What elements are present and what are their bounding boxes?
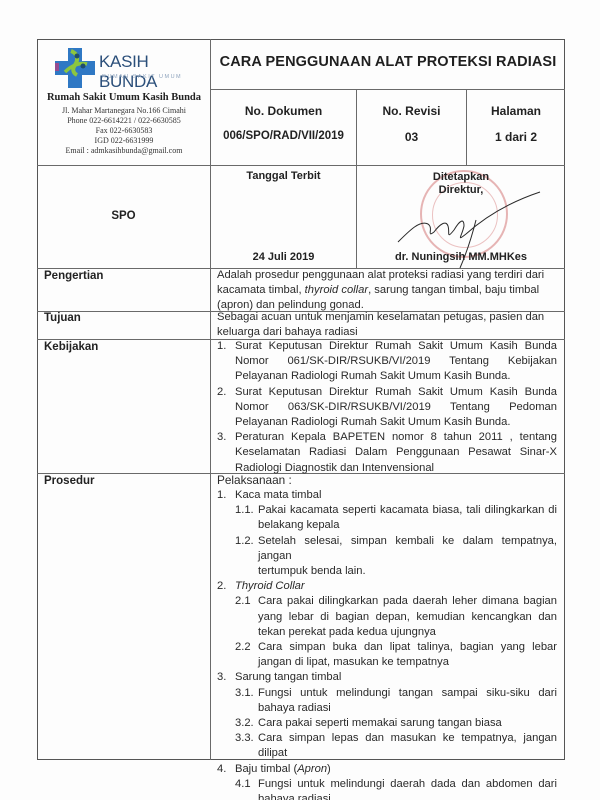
title-text: Kaca mata timbal xyxy=(235,489,321,501)
medical-cross-icon xyxy=(53,46,97,90)
subitem-line: Setelah selesai, simpan kembali ke dalam… xyxy=(258,534,557,564)
subitem-line: bahaya radiasi xyxy=(258,792,557,800)
logo-subtitle: RUMAH SAKIT UMUM xyxy=(102,74,182,80)
item-line: Peraturan Kepala BAPETEN nomor 8 tahun 2… xyxy=(235,430,557,445)
subitem-line: tekan perekat pada kedua ujungnya xyxy=(258,625,557,640)
title-italic: Apron xyxy=(297,763,327,775)
item-title: Baju timbal (Apron) xyxy=(235,762,557,777)
prosedur-label: Prosedur xyxy=(44,475,95,487)
logo-name: KASIH BUNDA xyxy=(99,52,203,92)
no-dokumen-label: No. Dokumen xyxy=(211,104,356,118)
subitem-line: Fungsi untuk melindungi tangan sampai si… xyxy=(258,686,557,701)
pengertian-text: Adalah prosedur penggunaan alat proteksi… xyxy=(217,268,557,314)
document-title: CARA PENGGUNAAN ALAT PROTEKSI RADIASI xyxy=(212,54,564,70)
item-number: 2. xyxy=(217,385,226,400)
halaman-label: Halaman xyxy=(467,104,565,118)
tanggal-terbit-label: Tanggal Terbit xyxy=(211,170,356,182)
prosedur-subitem: 4.1Fungsi untuk melindungi daerah dada d… xyxy=(235,777,557,800)
direktur-label: Direktur, xyxy=(357,184,565,196)
subitem-line: Cara simpan buka dan lipat talinya, bagi… xyxy=(258,640,557,655)
prosedur-item: 2.Thyroid Collar2.1Cara pakai dilingkark… xyxy=(217,579,557,670)
subitem-line: dilipat xyxy=(258,746,557,761)
subitem-line: yang lebar di bagian depan, kemudian ken… xyxy=(258,610,557,625)
item-title: Thyroid Collar xyxy=(235,579,557,594)
prosedur-subitem: 3.2.Cara pakai seperti memakai sarung ta… xyxy=(235,716,557,731)
subitem-line: Fungsi untuk melindungi daerah dada dan … xyxy=(258,777,557,792)
no-revisi-label: No. Revisi xyxy=(357,104,466,118)
item-line: Keselamatan Radiasi Dalam Penggunaan Pes… xyxy=(235,445,557,460)
prosedur-item: 1.Kaca mata timbal1.1.Pakai kacamata sep… xyxy=(217,488,557,579)
kebijakan-list: 1.Surat Keputusan Direktur Rumah Sakit U… xyxy=(217,339,557,476)
item-title: Kaca mata timbal xyxy=(235,488,557,503)
subitem-line: Pakai kacamata seperti kacamata biasa, t… xyxy=(258,503,557,518)
item-number: 1. xyxy=(217,339,226,354)
subitem-number: 1.1. xyxy=(235,503,254,518)
subitem-line: tertumpuk benda lain. xyxy=(258,564,557,579)
hospital-igd: IGD 022-6631999 xyxy=(40,136,208,146)
hospital-address: Jl. Mahar Martanegara No.166 Cimahi xyxy=(40,106,208,116)
document-page: KASIH BUNDA RUMAH SAKIT UMUM Rumah Sakit… xyxy=(0,0,600,800)
prosedur-subitem: 3.3.Cara simpan lepas dan masukan ke tem… xyxy=(235,731,557,761)
prosedur-subitem: 2.2Cara simpan buka dan lipat talinya, b… xyxy=(235,640,557,670)
title-text: Baju timbal ( xyxy=(235,763,297,775)
subitem-number: 2.2 xyxy=(235,640,251,655)
pengertian-label: Pengertian xyxy=(44,270,103,282)
item-title: Sarung tangan timbal xyxy=(235,670,557,685)
item-line: Surat Keputusan Direktur Rumah Sakit Umu… xyxy=(235,385,557,400)
kebijakan-label: Kebijakan xyxy=(44,341,98,353)
tujuan-label: Tujuan xyxy=(44,312,81,324)
prosedur-heading: Pelaksanaan : xyxy=(217,473,557,488)
prosedur-subitem: 2.1Cara pakai dilingkarkan pada daerah l… xyxy=(235,594,557,640)
prosedur-item: 3.Sarung tangan timbal3.1.Fungsi untuk m… xyxy=(217,670,557,761)
item-number: 1. xyxy=(217,488,226,503)
prosedur-subitem: 1.2.Setelah selesai, simpan kembali ke d… xyxy=(235,534,557,580)
subitem-number: 1.2. xyxy=(235,534,254,549)
title-suffix: ) xyxy=(327,763,331,775)
item-line: Surat Keputusan Direktur Rumah Sakit Umu… xyxy=(235,339,557,354)
no-revisi-value: 03 xyxy=(357,130,466,144)
item-line: Pelayanan Radiologi Rumah Sakit Umum Kas… xyxy=(235,369,557,384)
prosedur-subitem: 3.1.Fungsi untuk melindungi tangan sampa… xyxy=(235,686,557,716)
prosedur-list: 1.Kaca mata timbal1.1.Pakai kacamata sep… xyxy=(217,488,557,800)
hospital-name: Rumah Sakit Umum Kasih Bunda xyxy=(40,92,208,103)
row-divider xyxy=(210,89,565,90)
subitem-line: Cara pakai dilingkarkan pada daerah lehe… xyxy=(258,594,557,609)
subitem-line: Cara simpan lepas dan masukan ke tempatn… xyxy=(258,731,557,746)
item-number: 3. xyxy=(217,670,226,685)
item-number: 4. xyxy=(217,762,226,777)
hospital-logo: KASIH BUNDA RUMAH SAKIT UMUM xyxy=(53,44,203,92)
subitem-number: 2.1 xyxy=(235,594,251,609)
subitem-line: Cara pakai seperti memakai sarung tangan… xyxy=(258,716,557,731)
document-type: SPO xyxy=(37,210,210,222)
subitem-number: 3.3. xyxy=(235,731,254,746)
subitem-number: 3.2. xyxy=(235,716,254,731)
ditetapkan-label: Ditetapkan xyxy=(357,170,565,184)
subitem-line: bahaya radiasi xyxy=(258,701,557,716)
kebijakan-item: 2.Surat Keputusan Direktur Rumah Sakit U… xyxy=(217,385,557,431)
no-dokumen-value: 006/SPO/RAD/VII/2019 xyxy=(211,130,356,142)
kebijakan-item: 3.Peraturan Kepala BAPETEN nomor 8 tahun… xyxy=(217,430,557,476)
item-number: 2. xyxy=(217,579,226,594)
hospital-email: Email : admkasihbunda@gmail.com xyxy=(40,146,208,156)
subitem-number: 4.1 xyxy=(235,777,251,792)
tanggal-terbit-value: 24 Juli 2019 xyxy=(211,251,356,263)
subitem-line: belakang kepala xyxy=(258,518,557,533)
column-divider xyxy=(466,89,467,165)
title-text: Sarung tangan timbal xyxy=(235,671,341,683)
halaman-value: 1 dari 2 xyxy=(467,130,565,144)
item-line: Pelayanan Radiologi Rumah Sakit Umum Kas… xyxy=(235,415,557,430)
kebijakan-item: 1.Surat Keputusan Direktur Rumah Sakit U… xyxy=(217,339,557,385)
hospital-phone: Phone 022-6614221 / 022-6630585 xyxy=(40,116,208,126)
row-divider xyxy=(37,165,565,166)
hospital-fax: Fax 022-6630583 xyxy=(40,126,208,136)
signatory-name: dr. Nuningsih MM.MHKes xyxy=(357,251,565,263)
item-line: Nomor 061/SK-DIR/RSUKB/VI/2019 Tentang K… xyxy=(235,354,557,369)
subitem-number: 3.1. xyxy=(235,686,254,701)
item-line: Nomor 063/SK-DIR/RSUKB/VI/2019 Tentang P… xyxy=(235,400,557,415)
tujuan-text: Sebagai acuan untuk menjamin keselamatan… xyxy=(217,310,557,340)
item-number: 3. xyxy=(217,430,226,445)
prosedur-item: 4.Baju timbal (Apron)4.1Fungsi untuk mel… xyxy=(217,762,557,800)
subitem-line: jangan di lipat, masukan ke tempatnya xyxy=(258,655,557,670)
column-divider xyxy=(210,39,211,760)
title-italic: Thyroid Collar xyxy=(235,580,305,592)
prosedur-subitem: 1.1.Pakai kacamata seperti kacamata bias… xyxy=(235,503,557,533)
